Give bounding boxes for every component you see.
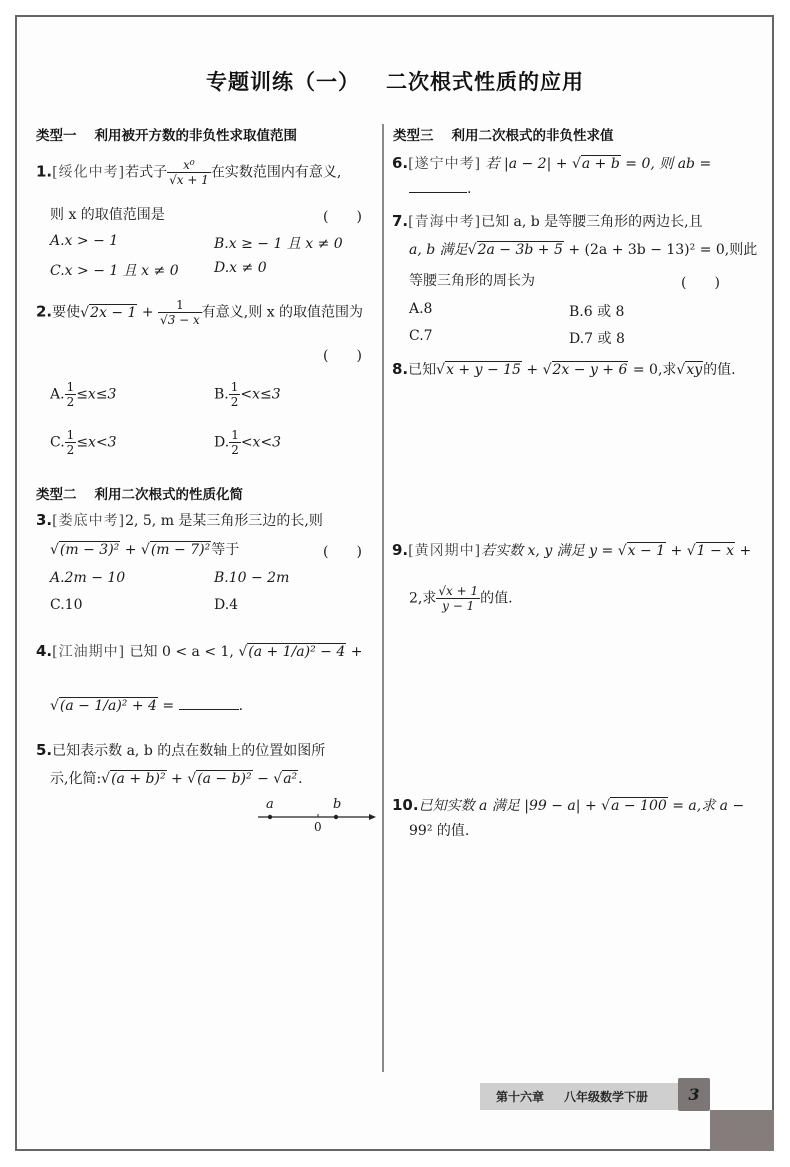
operator: =	[158, 698, 179, 714]
question-text: = 0, 则 ab =	[621, 156, 711, 172]
sqrt-expression: √(m − 7)²	[141, 541, 211, 559]
question-text: 若 |a − 2| +	[486, 156, 572, 172]
question-5-line2: 示,化简:√(a + b)² + √(a − b)² − √a².	[50, 770, 303, 788]
fraction-half: 12	[65, 428, 77, 457]
question-3-stem: 3.[娄底中考]2, 5, m 是某三角形三边的长,则	[36, 511, 323, 530]
sqrt-expression: √(a − 1/a)² + 4	[50, 697, 158, 715]
sqrt-expression: √1 − x	[687, 542, 735, 560]
fraction: 1√3 − x	[158, 298, 202, 327]
question-source: [江油期中]	[52, 644, 125, 660]
question-9-line2: 2,求√x + 1y − 1的值.	[409, 584, 513, 613]
question-number: 1.	[36, 163, 52, 181]
denominator: √x + 1	[167, 173, 211, 187]
operator: −	[253, 771, 274, 787]
sqrt-expression: √x + y − 15	[436, 361, 522, 379]
question-number: 2.	[36, 303, 52, 321]
question-source: [黄冈期中]	[408, 543, 481, 559]
option-c[interactable]: C.12≤x<3	[50, 428, 117, 457]
column-divider	[382, 124, 384, 1072]
option-label: A.	[50, 387, 65, 403]
radicand: a²	[282, 770, 298, 787]
radicand: (m − 7)²	[150, 541, 211, 558]
denominator: 2	[229, 395, 241, 409]
question-text: 的值.	[703, 362, 735, 378]
question-number: 4.	[36, 642, 52, 660]
footer-book-title: 八年级数学下册	[564, 1088, 648, 1105]
option-a[interactable]: A.2m − 10	[50, 570, 125, 586]
radicand: 2x − y + 6	[552, 361, 629, 378]
option-b[interactable]: B.6 或 8	[569, 301, 624, 321]
option-b[interactable]: B.x ≥ − 1 且 x ≠ 0	[214, 233, 343, 253]
numerator: x⁰	[167, 158, 211, 173]
radicand: 1 − x	[696, 542, 735, 559]
question-number: 9.	[392, 541, 408, 559]
question-1-line2: 则 x 的取值范围是	[50, 206, 165, 224]
question-number: 3.	[36, 511, 52, 529]
option-label: C.	[50, 435, 65, 451]
radicand: x + 1	[446, 584, 478, 598]
point-a-label: a	[266, 797, 274, 812]
question-1-stem: 1.[绥化中考]若式子x⁰√x + 1在实数范围内有意义,	[36, 158, 341, 187]
question-text: 已知实数 a 满足 |99 − a| +	[419, 798, 602, 814]
option-label: B.	[214, 387, 229, 403]
question-7-line3: 等腰三角形的周长为	[409, 272, 535, 290]
question-text: 在实数范围内有意义,	[211, 165, 341, 181]
fraction-half: 12	[229, 428, 241, 457]
fraction: x⁰√x + 1	[167, 158, 211, 187]
section-title: 利用二次根式的非负性求值	[452, 128, 614, 144]
sqrt-expression: √a²	[273, 770, 298, 788]
answer-bracket[interactable]: ( )	[323, 345, 362, 365]
option-text: ≤x<3	[76, 435, 116, 451]
question-text: +	[735, 543, 751, 559]
option-a[interactable]: A.12≤x≤3	[50, 380, 116, 409]
radicand: a − 100	[610, 797, 668, 814]
section-title: 利用二次根式的性质化简	[95, 487, 244, 503]
option-d[interactable]: D.7 或 8	[569, 328, 625, 348]
question-2-stem: 2.要使√2x − 1 + 1√3 − x有意义,则 x 的取值范围为	[36, 298, 363, 327]
numerator: 1	[65, 428, 77, 443]
question-8-stem: 8.已知√x + y − 15 + √2x − y + 6 = 0,求√xy的值…	[392, 360, 736, 379]
operator: +	[666, 543, 687, 559]
question-number: 10.	[392, 796, 419, 814]
option-d[interactable]: D.4	[214, 597, 238, 613]
sqrt-expression: √xy	[676, 361, 703, 379]
numerator: 1	[158, 298, 202, 313]
radicand: (a − 1/a)² + 4	[59, 697, 158, 714]
page-title: 专题训练（一）二次根式性质的应用	[0, 66, 790, 96]
page-number: 3	[678, 1078, 710, 1111]
question-text: 若式子	[125, 165, 167, 181]
question-6-stem: 6.[遂宁中考] 若 |a − 2| + √a + b = 0, 则 ab =	[392, 154, 711, 173]
question-number: 5.	[36, 741, 52, 759]
question-text: 已知表示数 a, b 的点在数轴上的位置如图所	[52, 743, 325, 759]
sqrt-expression: √a + b	[572, 155, 621, 173]
answer-bracket[interactable]: ( )	[323, 206, 362, 226]
question-text: 若实数 x, y 满足 y =	[481, 543, 618, 559]
answer-bracket[interactable]: ( )	[681, 272, 720, 292]
denominator: 2	[65, 395, 77, 409]
radicand: x + y − 15	[445, 361, 522, 378]
radicand: x − 1	[627, 542, 666, 559]
question-source: [绥化中考]	[52, 165, 125, 181]
option-c[interactable]: C.10	[50, 597, 82, 613]
question-5-stem: 5.已知表示数 a, b 的点在数轴上的位置如图所	[36, 741, 325, 760]
option-b[interactable]: B.12<x≤3	[214, 380, 281, 409]
punctuation: .	[467, 181, 471, 197]
radicand: 2a − 3b + 5	[477, 241, 564, 258]
operator: +	[120, 542, 141, 558]
sqrt-expression: √(a + 1/a)² − 4	[238, 643, 346, 661]
radicand: (m − 3)²	[59, 541, 120, 558]
sqrt-expression: √2x − 1	[80, 304, 137, 322]
denominator: 2	[65, 443, 77, 457]
question-7-stem: 7.[青海中考]已知 a, b 是等腰三角形的两边长,且	[392, 212, 703, 231]
option-text: ≤x≤3	[76, 387, 116, 403]
sqrt-expression: √(a + b)²	[101, 770, 166, 788]
sqrt-expression: √2a − 3b + 5	[468, 241, 564, 259]
numerator: 1	[229, 380, 241, 395]
section-heading-type2: 类型二利用二次根式的性质化简	[36, 483, 243, 503]
question-7-line2: a, b 满足√2a − 3b + 5 + (2a + 3b − 13)² = …	[409, 241, 757, 259]
title-topic: 二次根式性质的应用	[386, 70, 584, 94]
title-series: 专题训练（一）	[206, 70, 360, 94]
section-heading-type1: 类型一利用被开方数的非负性求取值范围	[36, 124, 297, 144]
operator: +	[137, 305, 158, 321]
question-10-line2: 99² 的值.	[409, 822, 469, 840]
sqrt-expression: √a − 100	[601, 797, 668, 815]
numerator: 1	[229, 428, 241, 443]
question-text: 要使	[52, 305, 80, 321]
question-4-line2: √(a − 1/a)² + 4 = .	[50, 697, 243, 715]
radicand: a + b	[581, 155, 621, 172]
punctuation: .	[239, 698, 243, 714]
question-text: = a,求 a −	[668, 798, 744, 814]
question-text: = 0,求	[628, 362, 676, 378]
numerator: 1	[65, 380, 77, 395]
question-source: [遂宁中考]	[408, 156, 481, 172]
question-10-stem: 10.已知实数 a 满足 |99 − a| + √a − 100 = a,求 a…	[392, 796, 744, 815]
radicand: 3 − x	[168, 313, 200, 327]
question-text: 2, 5, m 是某三角形三边的长,则	[125, 513, 323, 529]
question-6-line2: .	[409, 180, 471, 198]
fraction-half: 12	[65, 380, 77, 409]
question-text: + (2a + 3b − 13)² = 0,则此	[564, 242, 757, 258]
option-d[interactable]: D.12<x<3	[214, 428, 281, 457]
section-label: 类型二	[36, 487, 77, 503]
punctuation: .	[298, 771, 302, 787]
section-label: 类型一	[36, 128, 77, 144]
point-b-label: b	[333, 797, 341, 812]
question-4-stem: 4.[江油期中] 已知 0 < a < 1, √(a + 1/a)² − 4 +	[36, 642, 362, 661]
section-title: 利用被开方数的非负性求取值范围	[95, 128, 298, 144]
question-number: 6.	[392, 154, 408, 172]
option-label: D.	[214, 435, 229, 451]
option-a[interactable]: A.8	[409, 301, 432, 317]
question-9-stem: 9.[黄冈期中]若实数 x, y 满足 y = √x − 1 + √1 − x …	[392, 541, 751, 560]
answer-bracket[interactable]: ( )	[323, 541, 362, 561]
question-number: 8.	[392, 360, 408, 378]
radicand: 2x − 1	[89, 304, 137, 321]
radicand: (a + 1/a)² − 4	[247, 643, 346, 660]
question-text: 已知 a, b 是等腰三角形的两边长,且	[481, 214, 703, 230]
section-heading-type3: 类型三利用二次根式的非负性求值	[393, 124, 614, 144]
corner-decoration	[710, 1110, 774, 1151]
sqrt-expression: √(a − b)²	[187, 770, 252, 788]
question-text: 的值.	[480, 591, 512, 607]
sqrt-expression: √2x − y + 6	[543, 361, 629, 379]
radicand: (a + b)²	[110, 770, 166, 787]
denominator: y − 1	[436, 599, 480, 613]
number-line-figure: a b 0	[255, 795, 380, 839]
radicand: xy	[685, 361, 703, 378]
operator: +	[522, 362, 543, 378]
option-d[interactable]: D.x ≠ 0	[214, 260, 267, 276]
fraction: √x + 1y − 1	[436, 584, 480, 613]
question-text: 已知 0 < a < 1,	[130, 644, 234, 660]
footer-chapter: 第十六章	[496, 1088, 544, 1105]
question-text: 2,求	[409, 591, 436, 607]
numerator: √x + 1	[436, 584, 480, 599]
question-text: 有意义,则 x 的取值范围为	[202, 305, 363, 321]
denominator: √3 − x	[158, 313, 202, 327]
option-b[interactable]: B.10 − 2m	[214, 570, 289, 586]
question-text: 等于	[211, 542, 239, 558]
option-c[interactable]: C.x > − 1 且 x ≠ 0	[50, 260, 179, 280]
option-text: <x<3	[241, 435, 281, 451]
option-c[interactable]: C.7	[409, 328, 433, 344]
origin-label: 0	[314, 820, 322, 834]
question-3-line2: √(m − 3)² + √(m − 7)²等于	[50, 541, 239, 559]
question-number: 7.	[392, 212, 408, 230]
operator: +	[346, 644, 362, 660]
fraction-half: 12	[229, 380, 241, 409]
radicand: (a − b)²	[196, 770, 252, 787]
question-source: [青海中考]	[408, 214, 481, 230]
answer-blank[interactable]	[179, 697, 239, 710]
section-label: 类型三	[393, 128, 434, 144]
option-a[interactable]: A.x > − 1	[50, 233, 118, 249]
sqrt-expression: √x − 1	[618, 542, 666, 560]
question-text: 示,化简:	[50, 771, 101, 787]
question-text: 已知	[408, 362, 436, 378]
option-text: <x≤3	[240, 387, 280, 403]
sqrt-expression: √(m − 3)²	[50, 541, 120, 559]
footer-bar: 第十六章 八年级数学下册	[480, 1083, 678, 1110]
radicand: x + 1	[177, 173, 209, 187]
question-source: [娄底中考]	[52, 513, 125, 529]
answer-blank[interactable]	[409, 180, 467, 193]
denominator: 2	[229, 443, 241, 457]
operator: +	[167, 771, 188, 787]
question-text: a, b 满足	[409, 242, 468, 258]
